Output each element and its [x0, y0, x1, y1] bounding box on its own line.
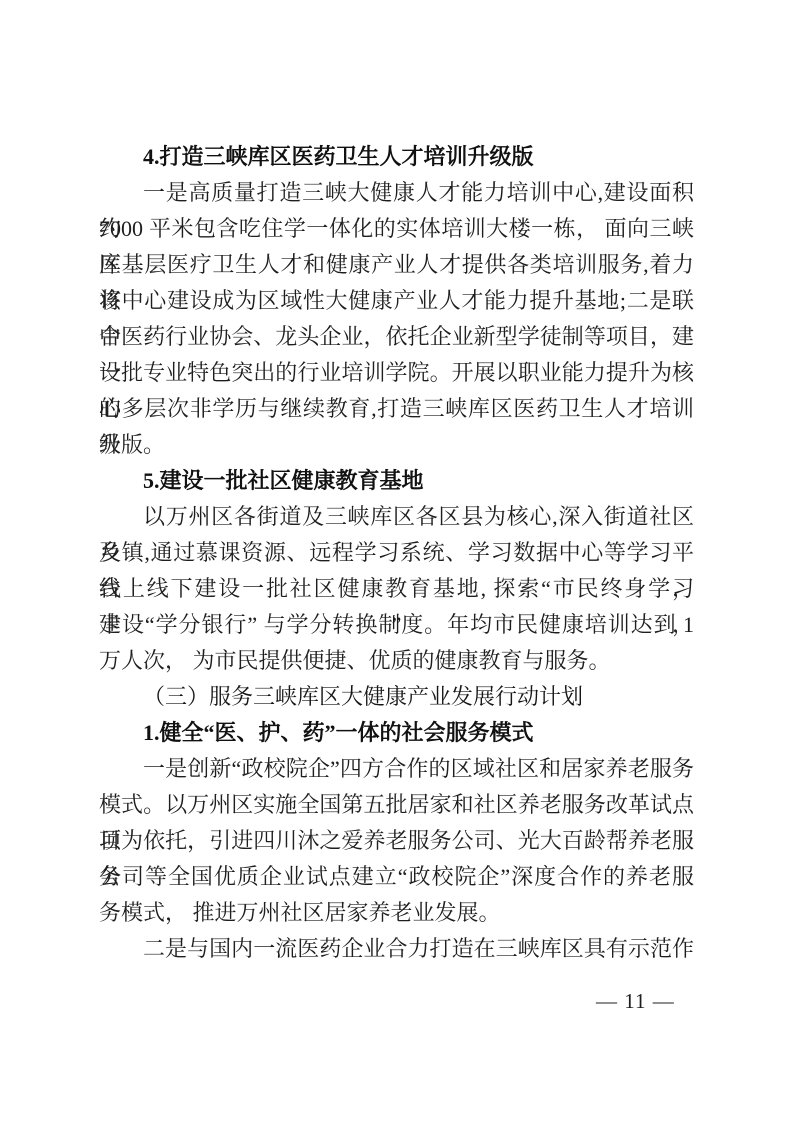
heading-section-1: 1.健全“医、护、药”一体的社会服务模式: [99, 715, 694, 751]
document-page: 4.打造三峡库区医药卫生人才培训升级版一是高质量打造三峡大健康人才能力培训中心,…: [0, 0, 794, 1123]
document-body: 4.打造三峡库区医药卫生人才培训升级版一是高质量打造三峡大健康人才能力培训中心,…: [99, 139, 694, 967]
para-4-line-7: 的多层次非学历与继续教育,打造三峡库区医药卫生人才培训升: [99, 391, 694, 427]
para-5-line-4: 建设“学分银行” 与学分转换制度。年均市民健康培训达到 1: [99, 607, 694, 643]
para-4-line-2: 7000 平米包含吃住学一体化的实体培训大楼一栋， 面向三峡库: [99, 211, 694, 247]
para-4-line-4: 该中心建设成为区域性大健康产业人才能力提升基地;二是联合: [99, 283, 694, 319]
heading-section-4: 4.打造三峡库区医药卫生人才培训升级版: [99, 139, 694, 175]
para-5-line-1: 以万州区各街道及三峡库区各区县为核心,深入街道社区及: [99, 499, 694, 535]
para-1-line-2: 模式。以万州区实施全国第五批居家和社区养老服务改革试点项: [99, 787, 694, 823]
para-4-line-1: 一是高质量打造三峡大健康人才能力培训中心,建设面积约: [99, 175, 694, 211]
para-4-line-8: 级版。: [99, 427, 694, 463]
heading-section-3: （三）服务三峡库区大健康产业发展行动计划: [99, 679, 694, 715]
para-2-line-1: 二是与国内一流医药企业合力打造在三峡库区具有示范作: [99, 931, 694, 967]
para-1-line-5: 务模式， 推进万州社区居家养老业发展。: [99, 895, 694, 931]
heading-section-5: 5.建设一批社区健康教育基地: [99, 463, 694, 499]
para-4-line-5: 中医药行业协会、龙头企业，依托企业新型学徒制等项目，建设: [99, 319, 694, 355]
para-1-line-4: 公司等全国优质企业试点建立“政校院企”深度合作的养老服: [99, 859, 694, 895]
para-5-line-3: 线上线下建设一批社区健康教育基地, 探索“市民终身学习卡”，: [99, 571, 694, 607]
page-number: — 11 —: [596, 989, 675, 1014]
para-5-line-2: 乡镇,通过慕课资源、远程学习系统、学习数据中心等学习平台，: [99, 535, 694, 571]
para-4-line-3: 区基层医疗卫生人才和健康产业人才提供各类培训服务,着力将: [99, 247, 694, 283]
para-1-line-3: 目为依托，引进四川沐之爱养老服务公司、光大百龄帮养老服务: [99, 823, 694, 859]
para-4-line-6: 一批专业特色突出的行业培训学院。开展以职业能力提升为核心: [99, 355, 694, 391]
para-5-line-5: 万人次， 为市民提供便捷、优质的健康教育与服务。: [99, 643, 694, 679]
para-1-line-1: 一是创新“政校院企”四方合作的区域社区和居家养老服务: [99, 751, 694, 787]
